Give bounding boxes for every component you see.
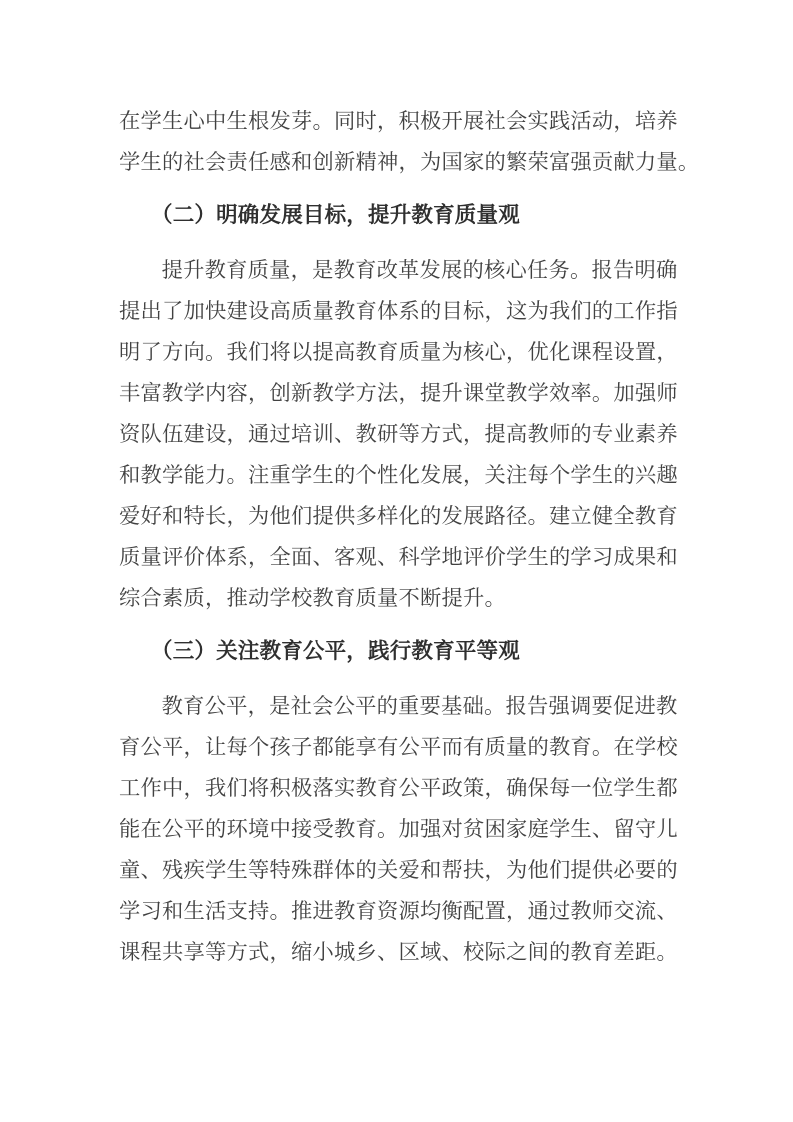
- text-line: 明了方向。我们将以提高教育质量为核心，优化课程设置，: [119, 332, 674, 373]
- text-line: 育公平，让每个孩子都能享有公平而有质量的教育。在学校: [119, 727, 674, 768]
- text-line: 能在公平的环境中接受教育。加强对贫困家庭学生、留守儿: [119, 809, 674, 850]
- text-line: 综合素质，推动学校教育质量不断提升。: [119, 578, 674, 619]
- text-line: 童、残疾学生等特殊群体的关爱和帮扶，为他们提供必要的: [119, 850, 674, 891]
- text-line: 学习和生活支持。推进教育资源均衡配置，通过教师交流、: [119, 891, 674, 932]
- text-line: 质量评价体系，全面、客观、科学地评价学生的学习成果和: [119, 537, 674, 578]
- text-line: 爱好和特长，为他们提供多样化的发展路径。建立健全教育: [119, 496, 674, 537]
- document-body: 在学生心中生根发芽。同时，积极开展社会实践活动，培养学生的社会责任感和创新精神，…: [0, 0, 793, 1122]
- text-line: 工作中，我们将积极落实教育公平政策，确保每一位学生都: [119, 768, 674, 809]
- text-line: 和教学能力。注重学生的个性化发展，关注每个学生的兴趣: [119, 455, 674, 496]
- text-line: 提升教育质量，是教育改革发展的核心任务。报告明确: [119, 250, 674, 291]
- text-line: 教育公平，是社会公平的重要基础。报告强调要促进教: [119, 686, 674, 727]
- section-heading: （二）明确发展目标，提升教育质量观: [119, 195, 674, 236]
- text-line: 在学生心中生根发芽。同时，积极开展社会实践活动，培养: [119, 101, 674, 142]
- section-heading: （三）关注教育公平，践行教育平等观: [119, 631, 674, 672]
- text-line: 学生的社会责任感和创新精神，为国家的繁荣富强贡献力量。: [119, 142, 674, 183]
- text-line: 丰富教学内容，创新教学方法，提升课堂教学效率。加强师: [119, 373, 674, 414]
- text-line: 提出了加快建设高质量教育体系的目标，这为我们的工作指: [119, 291, 674, 332]
- paragraph: 在学生心中生根发芽。同时，积极开展社会实践活动，培养学生的社会责任感和创新精神，…: [119, 101, 674, 183]
- paragraph: 教育公平，是社会公平的重要基础。报告强调要促进教育公平，让每个孩子都能享有公平而…: [119, 686, 674, 973]
- document-page: 在学生心中生根发芽。同时，积极开展社会实践活动，培养学生的社会责任感和创新精神，…: [0, 0, 793, 1122]
- text-line: 资队伍建设，通过培训、教研等方式，提高教师的专业素养: [119, 414, 674, 455]
- paragraph: 提升教育质量，是教育改革发展的核心任务。报告明确提出了加快建设高质量教育体系的目…: [119, 250, 674, 619]
- text-line: 课程共享等方式，缩小城乡、区域、校际之间的教育差距。: [119, 932, 674, 973]
